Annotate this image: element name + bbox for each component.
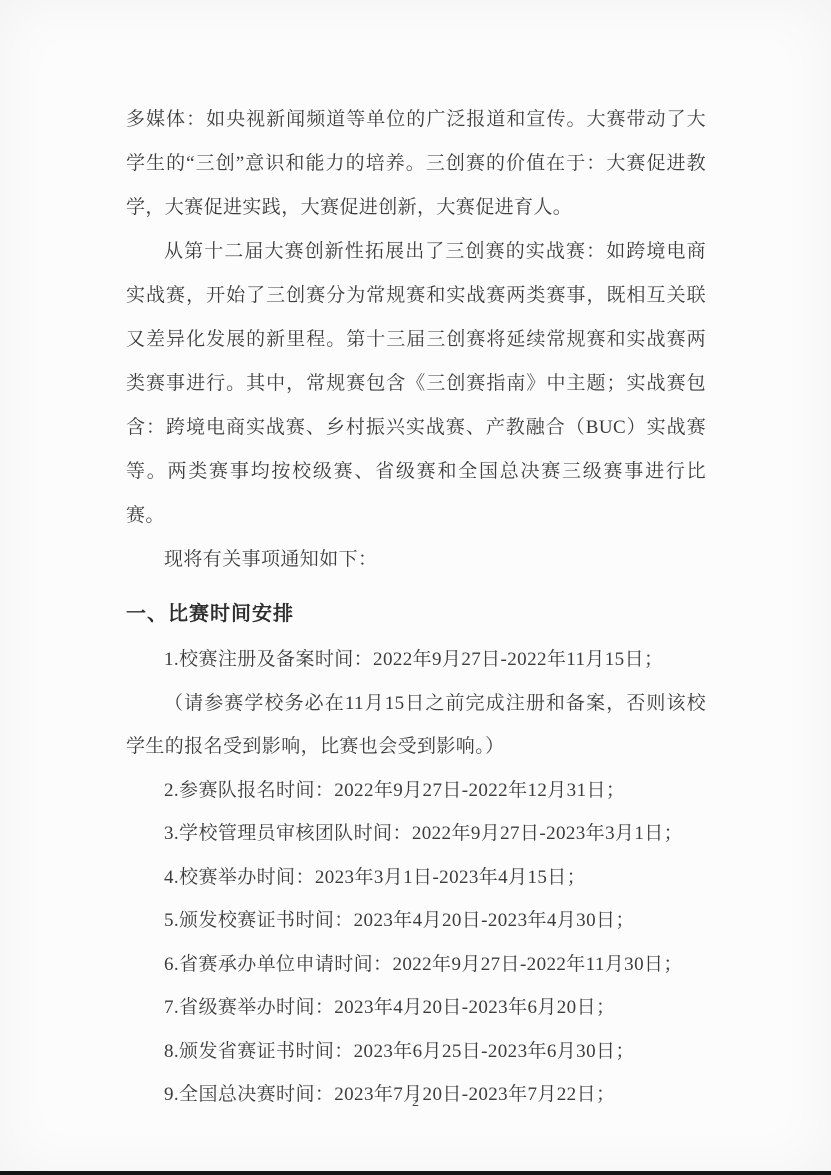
page-content: 多媒体：如央视新闻频道等单位的广泛报道和宣传。大赛带动了大学生的“三创”意识和能… bbox=[126, 98, 706, 1117]
schedule-item-7: 7.省级赛举办时间：2023年4月20日-2023年6月20日； bbox=[126, 986, 706, 1030]
schedule-item-1: 1.校赛注册及备案时间：2022年9月27日-2022年11月15日； bbox=[126, 638, 706, 682]
schedule-item-3: 3.学校管理员审核团队时间：2022年9月27日-2023年3月1日； bbox=[126, 812, 706, 856]
notice-lead-paragraph: 现将有关事项通知如下： bbox=[126, 538, 706, 582]
schedule-item-4: 4.校赛举办时间：2023年3月1日-2023年4月15日； bbox=[126, 856, 706, 900]
schedule-item-5: 5.颁发校赛证书时间：2023年4月20日-2023年4月30日； bbox=[126, 899, 706, 943]
page-bottom-edge bbox=[0, 1171, 831, 1175]
schedule-item-6: 6.省赛承办单位申请时间：2022年9月27日-2022年11月30日； bbox=[126, 943, 706, 987]
schedule-item-2: 2.参赛队报名时间：2022年9月27日-2022年12月31日； bbox=[126, 769, 706, 813]
page-number: 2 bbox=[0, 1095, 831, 1111]
section-heading-schedule: 一、比赛时间安排 bbox=[126, 592, 706, 636]
body-paragraph-continuation: 多媒体：如央视新闻频道等单位的广泛报道和宣传。大赛带动了大学生的“三创”意识和能… bbox=[126, 98, 706, 230]
registration-note: （请参赛学校务必在11月15日之前完成注册和备案，否则该校学生的报名受到影响，比… bbox=[126, 682, 706, 769]
schedule-item-8: 8.颁发省赛证书时间：2023年6月25日-2023年6月30日； bbox=[126, 1030, 706, 1074]
body-paragraph-history: 从第十二届大赛创新性拓展出了三创赛的实战赛：如跨境电商实战赛，开始了三创赛分为常… bbox=[126, 230, 706, 538]
document-page: 多媒体：如央视新闻频道等单位的广泛报道和宣传。大赛带动了大学生的“三创”意识和能… bbox=[0, 0, 831, 1175]
